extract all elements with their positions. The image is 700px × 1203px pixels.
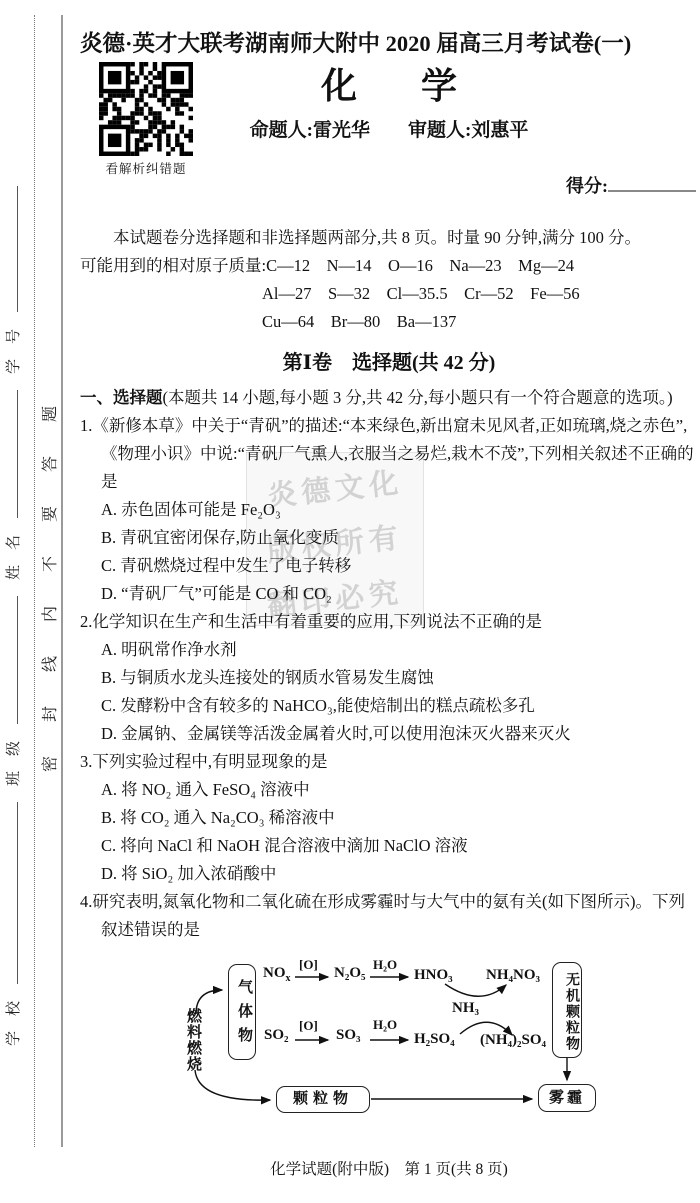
atomic-masses-line-3: Cu—64 Br—80 Ba—137 (80, 308, 698, 336)
field-school: 学校 (6, 802, 22, 1046)
atomic-masses-label: 可能用到的相对原子质量: (80, 256, 266, 275)
seal-dotted-line (34, 15, 35, 1147)
water-label-2: H₂O (373, 1017, 397, 1033)
question-1-option-a: A. 赤色固体可能是 Fe₂O₃ (80, 496, 698, 524)
field-class: 班级 (6, 596, 22, 786)
field-student-number-label: 学号 (6, 314, 22, 374)
particulate-box: 颗粒物 (276, 1086, 370, 1113)
atomic-masses-line-1: 可能用到的相对原子质量:C—12 N—14 O—16 Na—23 Mg—24 (80, 252, 698, 280)
formula-so3: SO₃ (336, 1027, 361, 1044)
question-1-option-c: C. 青矾燃烧过程中发生了电子转移 (80, 552, 698, 580)
instruction-rest: (本题共 14 小题,每小题 3 分,共 42 分,每小题只有一个符合题意的选项… (163, 388, 673, 407)
qr-caption: 看解析纠错题 (96, 159, 196, 177)
fuel-combustion-label: 燃料燃烧 (183, 1008, 204, 1072)
field-school-label: 学校 (6, 986, 22, 1046)
question-1-option-b: B. 青矾宜密闭保存,防止氧化变质 (80, 524, 698, 552)
question-3-option-a: A. 将 NO₂ 通入 FeSO₄ 溶液中 (80, 776, 698, 804)
instruction-lead: 一、选择题 (80, 388, 163, 407)
formula-hno3: HNO₃ (414, 967, 453, 984)
question-3-option-d: D. 将 SiO₂ 加入浓硝酸中 (80, 860, 698, 888)
question-2-stem: 2.化学知识在生产和生活中有着重要的应用,下列说法不正确的是 (80, 608, 698, 636)
question-3-option-c: C. 将向 NaCl 和 NaOH 混合溶液中滴加 NaClO 溶液 (80, 832, 698, 860)
formula-so2: SO₂ (264, 1027, 289, 1044)
seal-line-text: 密封线内不要答题 (37, 372, 60, 772)
formula-nox: NOx (263, 965, 291, 984)
field-student-number: 学号 (6, 186, 22, 374)
seal-solid-line (61, 15, 63, 1147)
formula-h2so4: H₂SO₄ (414, 1031, 455, 1048)
section-instruction: 一、选择题(本题共 14 小题,每小题 3 分,共 42 分,每小题只有一个符合… (80, 384, 698, 412)
header-block: 看解析纠错题 化 学 命题人:雷光华 审题人:刘惠平 (80, 62, 698, 144)
inorganic-particulate-box: 无机颗粒物 (552, 962, 582, 1058)
question-2-option-b: B. 与铜质水龙头连接处的钢质水管易发生腐蚀 (80, 664, 698, 692)
field-name-blank (3, 390, 18, 518)
field-name: 姓名 (6, 390, 22, 580)
section-heading: 第Ⅰ卷 选择题(共 42 分) (80, 350, 698, 376)
qr-code (99, 62, 193, 156)
question-3-option-b: B. 将 CO₂ 通入 Na₂CO₃ 稀溶液中 (80, 804, 698, 832)
main-content: 炎德·英才大联考湖南师大附中 2020 届高三月考试卷(一) 看解析纠错题 化 … (80, 0, 698, 1118)
atomic-masses-values: C—12 N—14 O—16 Na—23 Mg—24 (266, 256, 574, 275)
water-label-1: H₂O (373, 957, 397, 973)
formula-n2o5: N₂O₅ (334, 965, 366, 982)
field-school-blank (3, 802, 18, 984)
exam-summary: 本试题卷分选择题和非选择题两部分,共 8 页。时量 90 分钟,满分 100 分… (80, 224, 698, 252)
field-name-label: 姓名 (6, 520, 22, 580)
oxidant-label-1: [O] (299, 957, 318, 973)
student-info-fields: 学校班级姓名学号 (2, 96, 23, 1046)
field-class-label: 班级 (6, 726, 22, 786)
question-1-number: 1. (80, 416, 92, 435)
question-3-stem: 3.下列实验过程中,有明显现象的是 (80, 748, 698, 776)
field-student-number-blank (3, 186, 18, 312)
oxidant-label-2: [O] (299, 1018, 318, 1034)
smog-box: 雾霾 (538, 1084, 596, 1112)
question-3-number: 3. (80, 752, 92, 771)
page-footer: 化学试题(附中版) 第 1 页(共 8 页) (80, 1157, 698, 1179)
question-2-number: 2. (80, 612, 92, 631)
question-2-option-d: D. 金属钠、金属镁等活泼金属着火时,可以使用泡沫灭火器来灭火 (80, 720, 698, 748)
score-blank (608, 174, 696, 192)
question-2-option-a: A. 明矾常作净水剂 (80, 636, 698, 664)
formula-nh42so4: (NH₄)₂SO₄ (480, 1032, 546, 1049)
qr-block: 看解析纠错题 (96, 62, 196, 177)
question-2-option-c: C. 发酵粉中含有较多的 NaHCO₃,能使焙制出的糕点疏松多孔 (80, 692, 698, 720)
formula-nh3: NH₃ (452, 1000, 479, 1017)
question-1-stem: 1.《新修本草》中关于“青矾”的描述:“本来绿色,新出窟未见风者,正如琉璃,烧之… (80, 412, 698, 496)
question-1-option-d: D. “青矾厂气”可能是 CO 和 CO₂ (80, 580, 698, 608)
question-4-number: 4. (80, 892, 92, 911)
score-label: 得分: (566, 176, 608, 196)
atomic-masses-line-2: Al—27 S—32 Cl—35.5 Cr—52 Fe—56 (80, 280, 698, 308)
field-class-blank (3, 596, 18, 724)
question-4-stem: 4.研究表明,氮氧化物和二氧化硫在形成雾霾时与大气中的氨有关(如下图所示)。下列… (80, 888, 698, 944)
exam-title: 炎德·英才大联考湖南师大附中 2020 届高三月考试卷(一) (80, 26, 698, 58)
formula-nh4no3: NH₄NO₃ (486, 967, 540, 984)
smog-formation-diagram: 燃料燃烧 气体物 NOx [O] N₂O₅ H₂O HNO₃ NH₄NO₃ NH… (152, 956, 632, 1118)
gas-box: 气体物 (228, 964, 256, 1060)
score-row: 得分: (80, 174, 698, 198)
exam-paper-page: 学校班级姓名学号 密封线内不要答题 炎德文化 版权所有 翻印必究 炎德·英才大联… (0, 0, 700, 1203)
